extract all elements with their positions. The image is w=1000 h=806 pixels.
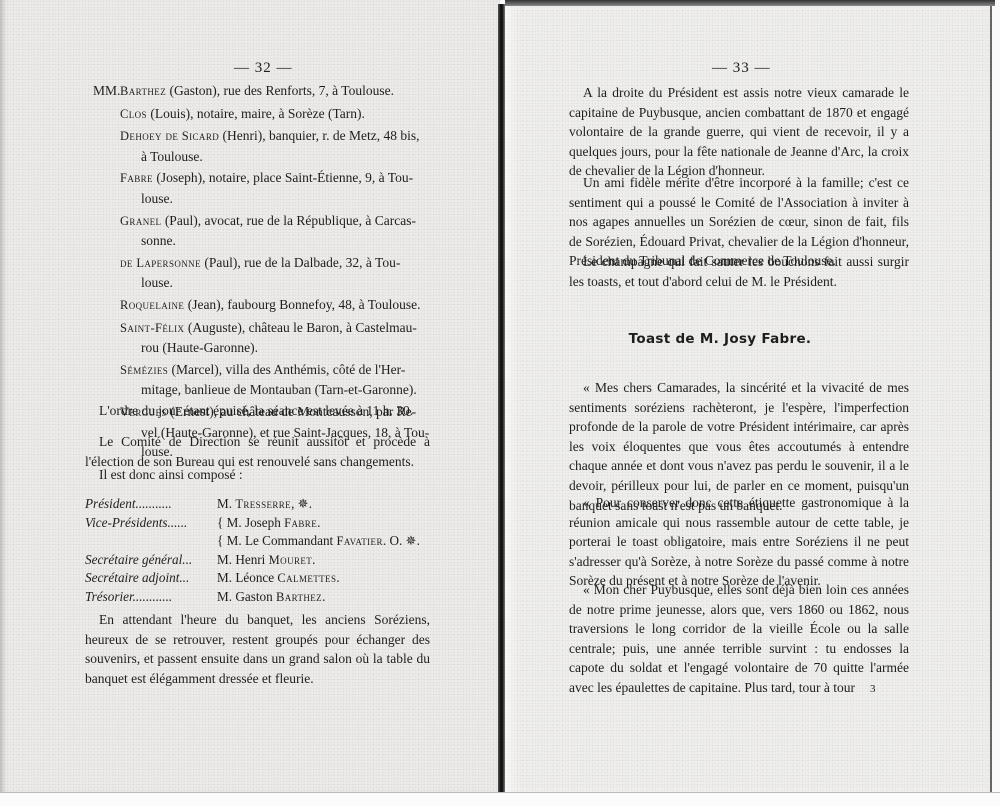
member-entry: Granel (Paul), avocat, rue de la Républi… <box>93 211 433 251</box>
member-entry: Saint-Félix (Auguste), château le Baron,… <box>93 318 433 358</box>
book-gutter <box>498 4 505 792</box>
member-entry: MM.Barthez (Gaston), rue des Renforts, 7… <box>93 81 433 102</box>
signature-mark: 3 <box>870 683 876 695</box>
bureau-row: Secrétaire adjoint...M. Léonce Calmettes… <box>85 569 425 588</box>
bureau-row: Trésorier............M. Gaston Barthez. <box>85 588 425 607</box>
page-right-edge <box>990 6 992 792</box>
member-entry: Clos (Louis), notaire, maire, à Sorèze (… <box>93 104 433 125</box>
puybusque-paragraph: A la droite du Président est assis notre… <box>569 83 909 181</box>
member-entry: Sémézies (Marcel), villa des Anthémis, c… <box>93 360 433 400</box>
member-entry: Roquelaine (Jean), faubourg Bonnefoy, 48… <box>93 295 433 316</box>
page-number-left: — 32 — <box>234 60 293 77</box>
scan-bottom-margin <box>0 792 1000 806</box>
toast-heading: Toast de M. Josy Fabre. <box>520 331 920 347</box>
bureau-row: Président...........M. Tresserre, ✵. <box>85 495 425 514</box>
page-number-right: — 33 — <box>712 60 771 77</box>
banquet-paragraph: En attendant l'heure du banquet, les anc… <box>85 610 430 688</box>
bureau-row: { M. Le Commandant Favatier. O. ✵. <box>85 532 425 551</box>
composition-intro: Il est donc ainsi composé : <box>99 465 429 485</box>
session-closed-text: L'ordre du jour étant épuisé, la séance … <box>85 401 430 421</box>
member-entry: de Lapersonne (Paul), rue de la Dalbade,… <box>93 253 433 293</box>
bureau-table: Président...........M. Tresserre, ✵. Vic… <box>85 495 425 606</box>
toast-paragraph-2: « Pour conserver donc cette étiquette ga… <box>569 493 909 591</box>
bureau-row: Secrétaire général...M. Henri Mouret. <box>85 551 425 570</box>
toast-paragraph-3: « Mon cher Puybusque, elles sont déjà bi… <box>569 580 909 698</box>
champagne-paragraph: Le champagne qui fait sauter les bouchon… <box>569 252 909 291</box>
bureau-row: Vice-Présidents......{ M. Joseph Fabre. <box>85 514 425 533</box>
member-entry: Fabre (Joseph), notaire, place Saint-Éti… <box>93 168 433 208</box>
page-top-edge <box>505 0 995 6</box>
member-entry: Dehoey de Sicard (Henri), banquier, r. d… <box>93 126 433 166</box>
members-prefix: MM. <box>93 81 120 101</box>
